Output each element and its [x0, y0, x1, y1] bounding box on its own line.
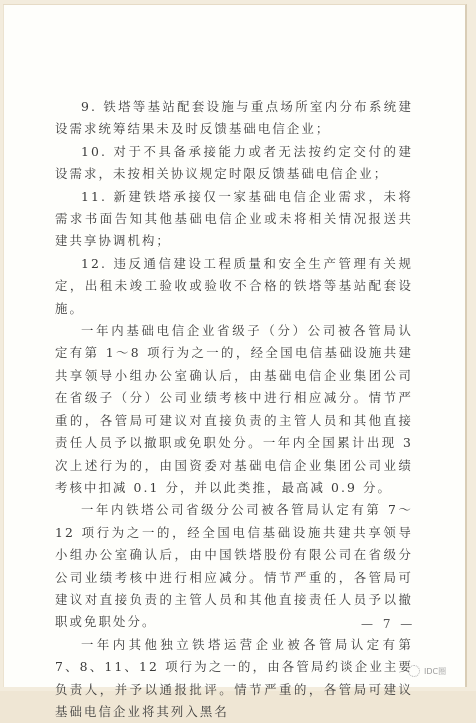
document-page: 9. 铁塔等基站配套设施与重点场所室内分布系统建设需求统筹结果未及时反馈基础电信…: [3, 4, 467, 687]
paragraph-independent-tower-penalty: 一年内其他独立铁塔运营企业被各管局认定有第 7、8、11、12 项行为之一的，由…: [55, 634, 413, 691]
paragraph-item-11: 11. 新建铁塔承接仅一家基础电信企业需求，未将需求书面告知其他基础电信企业或未…: [55, 186, 413, 253]
paragraph-tower-penalty: 一年内铁塔公司省级分公司被各管局认定有第 7～12 项行为之一的，经全国电信基础…: [55, 499, 413, 633]
wechat-icon: [408, 665, 420, 677]
watermark: IDC圈: [408, 665, 446, 677]
watermark-label: IDC圈: [424, 666, 446, 677]
page-number: — 7 —: [361, 617, 415, 631]
paragraph-telecom-penalty: 一年内基础电信企业省级子（分）公司被各管局认定有第 1～8 项行为之一的，经全国…: [55, 320, 413, 499]
document-body: 9. 铁塔等基站配套设施与重点场所室内分布系统建设需求统筹结果未及时反馈基础电信…: [55, 96, 413, 691]
paragraph-item-9: 9. 铁塔等基站配套设施与重点场所室内分布系统建设需求统筹结果未及时反馈基础电信…: [55, 96, 413, 141]
document-frame: 9. 铁塔等基站配套设施与重点场所室内分布系统建设需求统筹结果未及时反馈基础电信…: [0, 0, 476, 691]
paragraph-item-12: 12. 违反通信建设工程质量和安全生产管理有关规定，出租未竣工验收或验收不合格的…: [55, 253, 413, 320]
paragraph-item-10: 10. 对于不具备承接能力或者无法按约定交付的建设需求，未按相关协议规定时限反馈…: [55, 141, 413, 186]
